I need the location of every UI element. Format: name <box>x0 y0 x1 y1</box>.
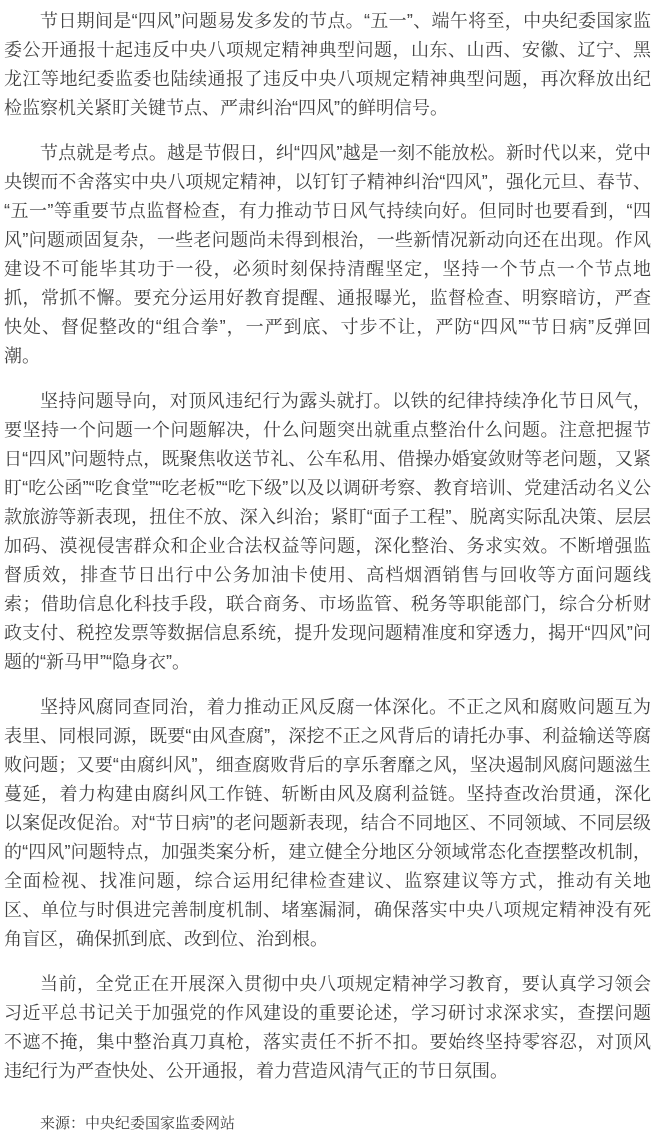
article-paragraph-5: 当前，全党正在开展深入贯彻中央八项规定精神学习教育，要认真学习领会习近平总书记关… <box>4 970 651 1086</box>
article-paragraph-1: 节日期间是“四风”问题易发多发的节点。“五一”、端午将至，中央纪委国家监委公开通… <box>4 7 651 123</box>
article-paragraph-2: 节点就是考点。越是节假日，纠“四风”越是一刻不能放松。新时代以来，党中央锲而不舍… <box>4 139 651 371</box>
article-body: 节日期间是“四风”问题易发多发的节点。“五一”、端午将至，中央纪委国家监委公开通… <box>0 0 656 1134</box>
article-source: 来源：中央纪委国家监委网站 <box>4 1114 651 1134</box>
article-paragraph-4: 坚持风腐同查同治，着力推动正风反腐一体深化。不正之风和腐败问题互为表里、同根同源… <box>4 693 651 954</box>
article-paragraph-3: 坚持问题导向，对顶风违纪行为露头就打。以铁的纪律持续净化节日风气，要坚持一个问题… <box>4 387 651 677</box>
